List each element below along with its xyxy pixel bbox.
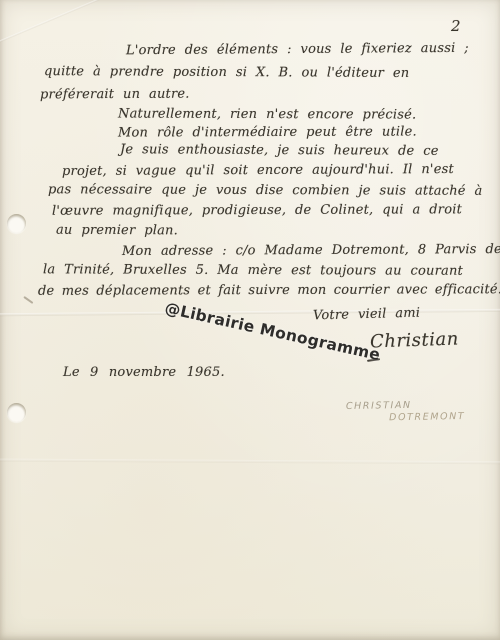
- signature: Christian: [370, 328, 459, 352]
- letter-line: quitte à prendre position si X. B. ou l'…: [44, 64, 409, 81]
- letter-closing: Votre vieil ami: [313, 306, 421, 324]
- letter-line: préférerait un autre.: [40, 87, 190, 103]
- letter-line: la Trinité, Bruxelles 5. Ma mère est tou…: [43, 262, 463, 278]
- corner-fold-crease: [0, 0, 113, 49]
- pencil-annotation: CHRISTIAN DOTREMONT: [346, 399, 466, 424]
- letter-line: Je suis enthousiaste, je suis heureux de…: [120, 142, 439, 159]
- letter-line: Mon adresse : c/o Madame Dotremont, 8 Pa…: [122, 242, 500, 259]
- punch-hole-bottom: [7, 403, 26, 422]
- letter-line: Mon rôle d'intermédiaire peut être utile…: [118, 124, 417, 140]
- page-number: 2: [451, 17, 461, 35]
- letter-line: L'ordre des éléments : vous le fixeriez …: [126, 41, 469, 58]
- letter-line: Naturellement, rien n'est encore précisé…: [118, 106, 416, 122]
- letter-line: l'œuvre magnifique, prodigieuse, de Coli…: [52, 202, 462, 218]
- letter-line: pas nécessaire que je vous dise combien …: [48, 182, 483, 199]
- handwritten-letter-page: 2 L'ordre des éléments : vous le fixerie…: [0, 0, 500, 640]
- fold-crease-middle: [0, 309, 500, 317]
- letter-line: de mes déplacements et fait suivre mon c…: [38, 282, 500, 299]
- pencil-annotation-line1: CHRISTIAN: [346, 400, 412, 412]
- letter-line: au premier plan.: [56, 223, 178, 239]
- punch-hole-top: [7, 214, 26, 233]
- fold-crease-lower: [0, 459, 500, 465]
- pencil-annotation-line2: DOTREMONT: [389, 411, 465, 423]
- pencil-mark: [24, 296, 34, 304]
- letter-date: Le 9 novembre 1965.: [63, 365, 225, 380]
- letter-line: projet, si vague qu'il soit encore aujou…: [62, 162, 454, 179]
